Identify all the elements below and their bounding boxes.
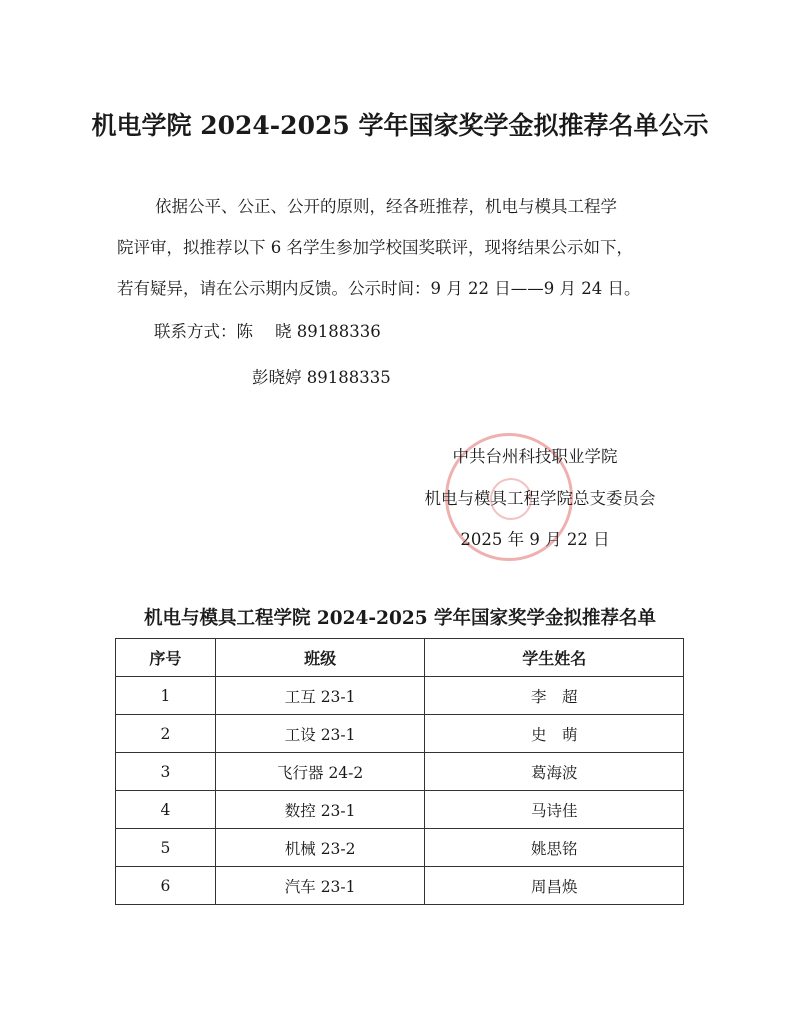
contact-label: 联系方式： (154, 322, 237, 341)
cell-student-name: 姚思铭 (425, 829, 684, 867)
contact-name-b: 晓 89188336 (275, 322, 381, 341)
header-index: 序号 (116, 639, 216, 677)
paragraph-line-2: 院评审，拟推荐以下 6 名学生参加学校国奖联评，现将结果公示如下， (117, 227, 687, 268)
announcement-paragraph: 依据公平、公正、公开的原则，经各班推荐，机电与模具工程学 院评审，拟推荐以下 6… (117, 186, 687, 309)
recommendation-table: 序号 班级 学生姓名 1 工互 23-1 李 超 2 工设 23-1 史 萌 3… (115, 638, 684, 905)
signature-org-2: 机电与模具工程学院总支委员会 (380, 485, 700, 509)
cell-student-name: 周昌焕 (425, 867, 684, 905)
cell-student-name: 葛海波 (425, 753, 684, 791)
cell-class: 工互 23-1 (215, 677, 425, 715)
contact-name-a: 陈 (237, 322, 254, 341)
cell-index: 4 (116, 791, 216, 829)
signature-org-1: 中共台州科技职业学院 (385, 443, 685, 467)
table-row: 3 飞行器 24-2 葛海波 (116, 753, 684, 791)
table-row: 5 机械 23-2 姚思铭 (116, 829, 684, 867)
contact-line-2: 彭晓婷 89188335 (252, 364, 391, 388)
contact-line-1: 联系方式：陈晓 89188336 (154, 318, 381, 342)
cell-class: 数控 23-1 (215, 791, 425, 829)
cell-student-name: 史 萌 (425, 715, 684, 753)
cell-class: 工设 23-1 (215, 715, 425, 753)
cell-student-name: 李 超 (425, 677, 684, 715)
cell-index: 5 (116, 829, 216, 867)
paragraph-line-1: 依据公平、公正、公开的原则，经各班推荐，机电与模具工程学 (155, 197, 617, 216)
cell-index: 2 (116, 715, 216, 753)
cell-class: 汽车 23-1 (215, 867, 425, 905)
table-row: 4 数控 23-1 马诗佳 (116, 791, 684, 829)
table-row: 1 工互 23-1 李 超 (116, 677, 684, 715)
cell-index: 3 (116, 753, 216, 791)
document-title: 机电学院 2024-2025 学年国家奖学金拟推荐名单公示 (0, 106, 800, 142)
cell-index: 1 (116, 677, 216, 715)
table-row: 6 汽车 23-1 周昌焕 (116, 867, 684, 905)
header-class: 班级 (215, 639, 425, 677)
table-row: 2 工设 23-1 史 萌 (116, 715, 684, 753)
signature-date: 2025 年 9 月 22 日 (375, 526, 695, 550)
paragraph-line-3: 若有疑异，请在公示期内反馈。公示时间：9 月 22 日——9 月 24 日。 (117, 268, 687, 309)
header-student-name: 学生姓名 (425, 639, 684, 677)
cell-index: 6 (116, 867, 216, 905)
table-title: 机电与模具工程学院 2024-2025 学年国家奖学金拟推荐名单 (0, 604, 800, 630)
cell-class: 飞行器 24-2 (215, 753, 425, 791)
table-header-row: 序号 班级 学生姓名 (116, 639, 684, 677)
cell-class: 机械 23-2 (215, 829, 425, 867)
cell-student-name: 马诗佳 (425, 791, 684, 829)
